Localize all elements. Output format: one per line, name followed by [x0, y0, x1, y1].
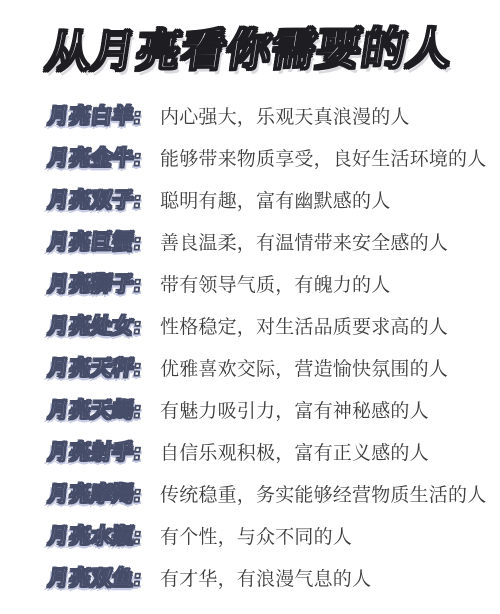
sign-description: 聪明有趣，富有幽默感的人 [160, 186, 390, 213]
list-item-capricorn: 月亮摩羯: 传统稳重，务实能够经营物质生活的人 [48, 472, 490, 514]
sign-description: 内心强大，乐观天真浪漫的人 [160, 102, 410, 129]
moon-sign-poster: 从月亮看你需要的人 月亮白羊: 内心强大，乐观天真浪漫的人 月亮金牛: 能够带来… [0, 0, 500, 614]
sign-label: 月亮天秤: [46, 352, 161, 382]
list-item-aries: 月亮白羊: 内心强大，乐观天真浪漫的人 [48, 94, 490, 136]
list-item-scorpio: 月亮天蝎: 有魅力吸引力，富有神秘感的人 [48, 388, 490, 430]
sign-description: 善良温柔，有温情带来安全感的人 [160, 228, 448, 255]
sign-label: 月亮摩羯: [46, 478, 161, 508]
list-item-libra: 月亮天秤: 优雅喜欢交际，营造愉快氛围的人 [48, 346, 490, 388]
list-item-aquarius: 月亮水瓶: 有个性，与众不同的人 [48, 514, 490, 556]
sign-description: 能够带来物质享受，良好生活环境的人 [160, 144, 486, 171]
sign-label: 月亮双鱼: [46, 562, 161, 592]
sign-label: 月亮白羊: [46, 100, 161, 130]
sign-label: 月亮射手: [46, 436, 161, 466]
sign-label: 月亮处女: [46, 310, 161, 340]
sign-label: 月亮巨蟹: [46, 226, 161, 256]
sign-label: 月亮金牛: [46, 142, 161, 172]
list-item-gemini: 月亮双子: 聪明有趣，富有幽默感的人 [48, 178, 490, 220]
sign-label: 月亮狮子: [46, 268, 161, 298]
sign-description: 优雅喜欢交际，营造愉快氛围的人 [160, 354, 448, 381]
sign-description: 有才华，有浪漫气息的人 [160, 564, 371, 591]
list-item-virgo: 月亮处女: 性格稳定，对生活品质要求高的人 [48, 304, 490, 346]
list-item-taurus: 月亮金牛: 能够带来物质享受，良好生活环境的人 [48, 136, 490, 178]
sign-description: 带有领导气质，有魄力的人 [160, 270, 390, 297]
sign-description: 有个性，与众不同的人 [160, 522, 352, 549]
page-title: 从月亮看你需要的人 [0, 12, 500, 80]
sign-list: 月亮白羊: 内心强大，乐观天真浪漫的人 月亮金牛: 能够带来物质享受，良好生活环… [48, 94, 490, 598]
sign-description: 性格稳定，对生活品质要求高的人 [160, 312, 448, 339]
sign-description: 传统稳重，务实能够经营物质生活的人 [160, 480, 486, 507]
sign-label: 月亮双子: [46, 184, 161, 214]
list-item-sagittarius: 月亮射手: 自信乐观积极，富有正义感的人 [48, 430, 490, 472]
sign-label: 月亮天蝎: [46, 394, 161, 424]
sign-description: 自信乐观积极，富有正义感的人 [160, 438, 429, 465]
list-item-pisces: 月亮双鱼: 有才华，有浪漫气息的人 [48, 556, 490, 598]
sign-description: 有魅力吸引力，富有神秘感的人 [160, 396, 429, 423]
sign-label: 月亮水瓶: [46, 520, 161, 550]
list-item-leo: 月亮狮子: 带有领导气质，有魄力的人 [48, 262, 490, 304]
list-item-cancer: 月亮巨蟹: 善良温柔，有温情带来安全感的人 [48, 220, 490, 262]
